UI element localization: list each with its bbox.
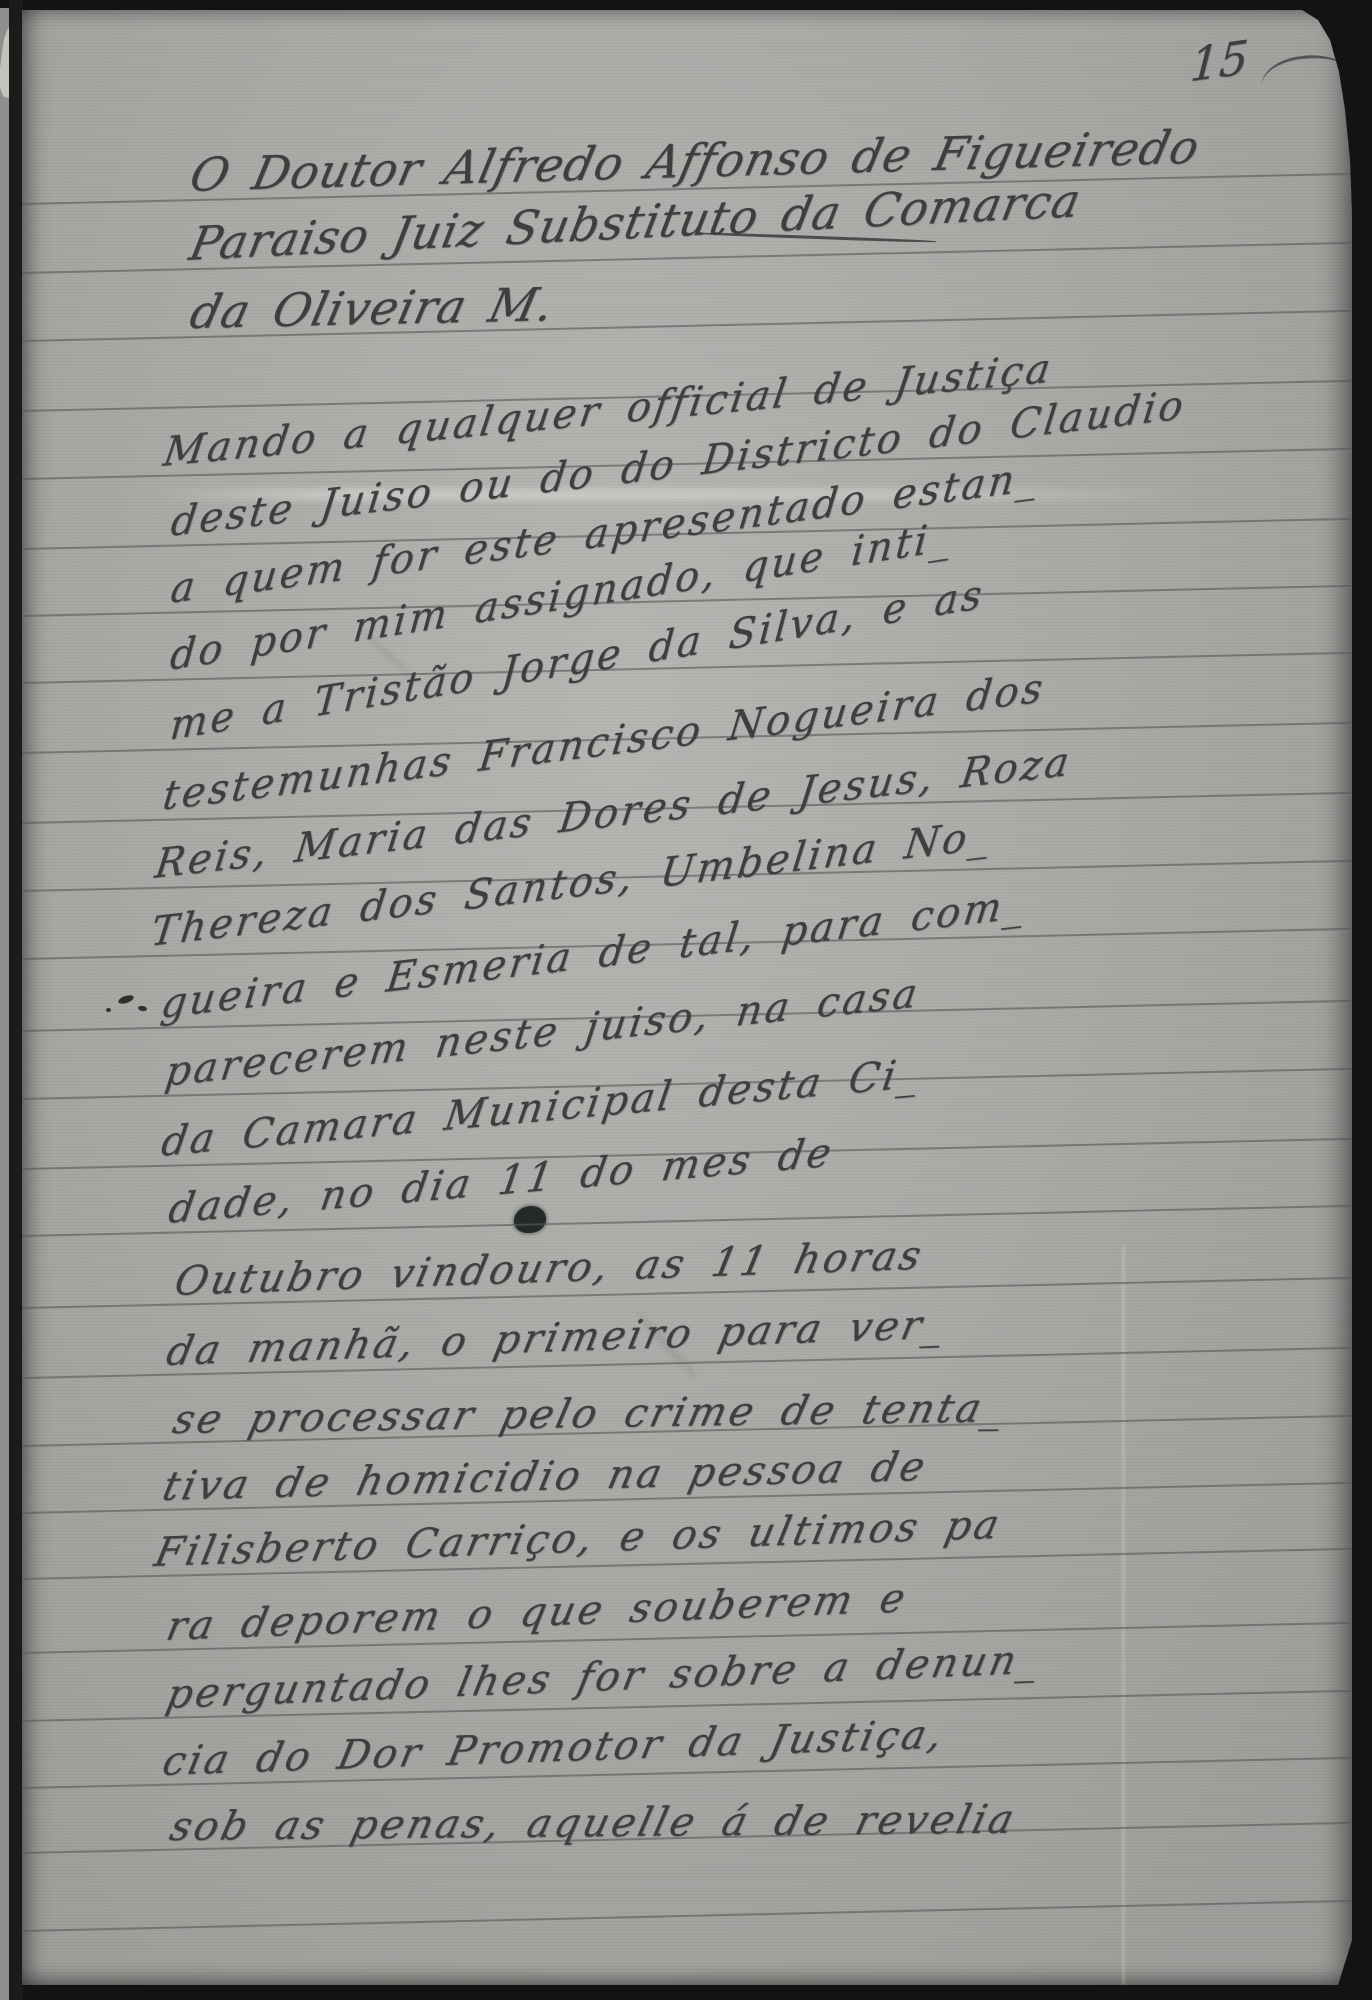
ink-speck	[106, 1008, 111, 1012]
manuscript-line: tiva de homicidio na pessoa de	[158, 1443, 932, 1512]
pen-flourish	[1259, 51, 1346, 90]
adjacent-page-edge	[0, 8, 9, 2000]
paper-crease	[1122, 1245, 1125, 1985]
book-gutter	[9, 0, 23, 2000]
manuscript-heading-line: da Oliveira M.	[185, 276, 560, 340]
manuscript-line: se processar pelo crime de tenta_	[168, 1384, 1012, 1445]
scan-background: { "page": { "page_number": "15" }, "colo…	[0, 0, 1372, 2000]
manuscript-page: 15 O Doutor Alfredo Affonso de Figueired…	[22, 10, 1352, 1985]
ruled-line	[22, 1900, 1352, 1932]
page-number: 15	[1188, 29, 1250, 92]
ink-blot	[514, 1206, 546, 1233]
ink-speck	[117, 994, 134, 1006]
ink-speck	[138, 1005, 148, 1012]
manuscript-line: sob as penas, aquelle á de revelia	[165, 1796, 1022, 1852]
